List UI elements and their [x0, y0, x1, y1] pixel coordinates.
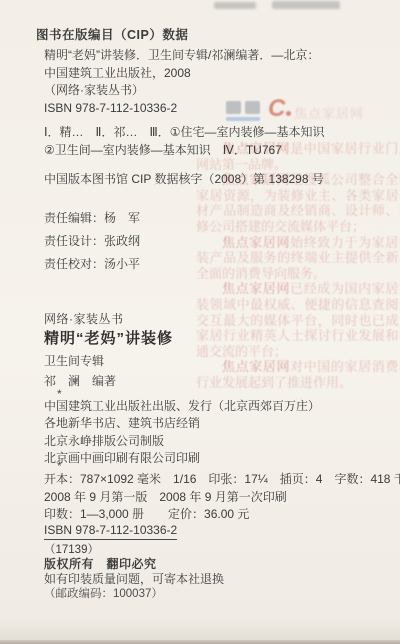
cip-classification-block: Ⅰ．精… Ⅱ．祁… Ⅲ．①住宅—室内装修—基本知识 ②卫生间—室内装修—基本知识… — [44, 124, 324, 159]
format-line: 开本：787×1092 毫米 1/16 印张：17¼ 插页：4 字数：418 千… — [44, 471, 400, 489]
cip-isbn-line: ISBN 978-7-112-10336-2 — [44, 100, 319, 118]
cip-record-number: 中国版本图书馆 CIP 数据核字（2008）第 138298 号 — [44, 170, 324, 187]
responsible-designer: 责任设计：张政纲 — [44, 230, 140, 253]
author-line: 祁 澜 编著 — [44, 372, 116, 389]
distributor-line: 各地新华书店、建筑书店经销 — [44, 415, 320, 432]
book-title: 精明“老妈”讲装修 — [44, 327, 173, 348]
cip-series-line: （网络·家装丛书） — [44, 82, 319, 100]
isbn-number: ISBN 978-7-112-10336-2 — [44, 523, 177, 540]
scan-artifact — [214, 2, 256, 9]
print-spec-block: 开本：787×1092 毫米 1/16 印张：17¼ 插页：4 字数：418 千… — [44, 471, 400, 524]
publisher-block: 中国建筑工业出版社出版、发行（北京西郊百万庄） 各地新华书店、建筑书店经销 北京… — [44, 398, 320, 467]
staff-credits: 责任编辑：杨 军 责任设计：张政纲 责任校对：汤小平 — [44, 207, 140, 276]
classification-line: ②卫生间—室内装修—基本知识 Ⅳ．TU767 — [44, 142, 324, 160]
watermark-brand: 焦点家居网 — [222, 235, 290, 250]
watermark-paragraph: 焦点家居网已经成为国内家居家装领域中最权威、便捷的信息查阅及交互最大的媒体平台，… — [196, 281, 400, 359]
publisher-line: 中国建筑工业出版社出版、发行（北京西郊百万庄） — [44, 398, 320, 415]
series-name: 网络·家装丛书 — [44, 310, 124, 327]
postcode-line: （邮政编码：100037） — [44, 585, 163, 601]
watermark-brand: 焦点家居网 — [222, 359, 290, 374]
watermark-paragraph: 焦点家居网始终致力于为家居家装产品及服务的终端业主提供全新、全面的消费导向服务。 — [196, 235, 400, 282]
responsible-editor: 责任编辑：杨 军 — [44, 207, 140, 230]
edition-line: 2008 年 9 月第一版 2008 年 9 月第一次印刷 — [44, 489, 400, 507]
scan-edge-shadow — [0, 640, 400, 644]
cip-description-block: 精明“老妈”讲装修．卫生间专辑/祁澜编著．—北京： 中国建筑工业出版社，2008… — [44, 47, 319, 117]
printer-line: 北京画中画印刷有限公司印刷 — [44, 450, 320, 467]
classification-line: Ⅰ．精… Ⅱ．祁… Ⅲ．①住宅—室内装修—基本知识 — [44, 124, 324, 142]
logo-url-bar — [226, 117, 260, 121]
cip-title-line: 精明“老妈”讲装修．卫生间专辑/祁澜编著．—北京： — [44, 47, 319, 65]
cip-publisher-line: 中国建筑工业出版社，2008 — [44, 65, 319, 83]
responsible-proofreader: 责任校对：汤小平 — [44, 253, 140, 276]
copyright-page: 焦点家居网是中国家居行业门户网站第一品牌。 焦点家居网是搜狐公司整合全国家居资源… — [0, 0, 400, 644]
watermark-paragraph: 焦点家居网对中国的家居消费和行业发展起到了推进作用。 — [196, 359, 400, 390]
book-subtitle: 卫生间专辑 — [44, 352, 104, 369]
watermark-brand: 焦点家居网 — [222, 281, 290, 296]
copies-price-line: 印数：1—3,000 册 定价：36.00 元 — [44, 506, 400, 524]
scan-artifact — [272, 1, 340, 9]
cip-heading: 图书在版编目（CIP）数据 — [36, 25, 188, 43]
typesetter-line: 北京永峥排版公司制版 — [44, 433, 320, 450]
